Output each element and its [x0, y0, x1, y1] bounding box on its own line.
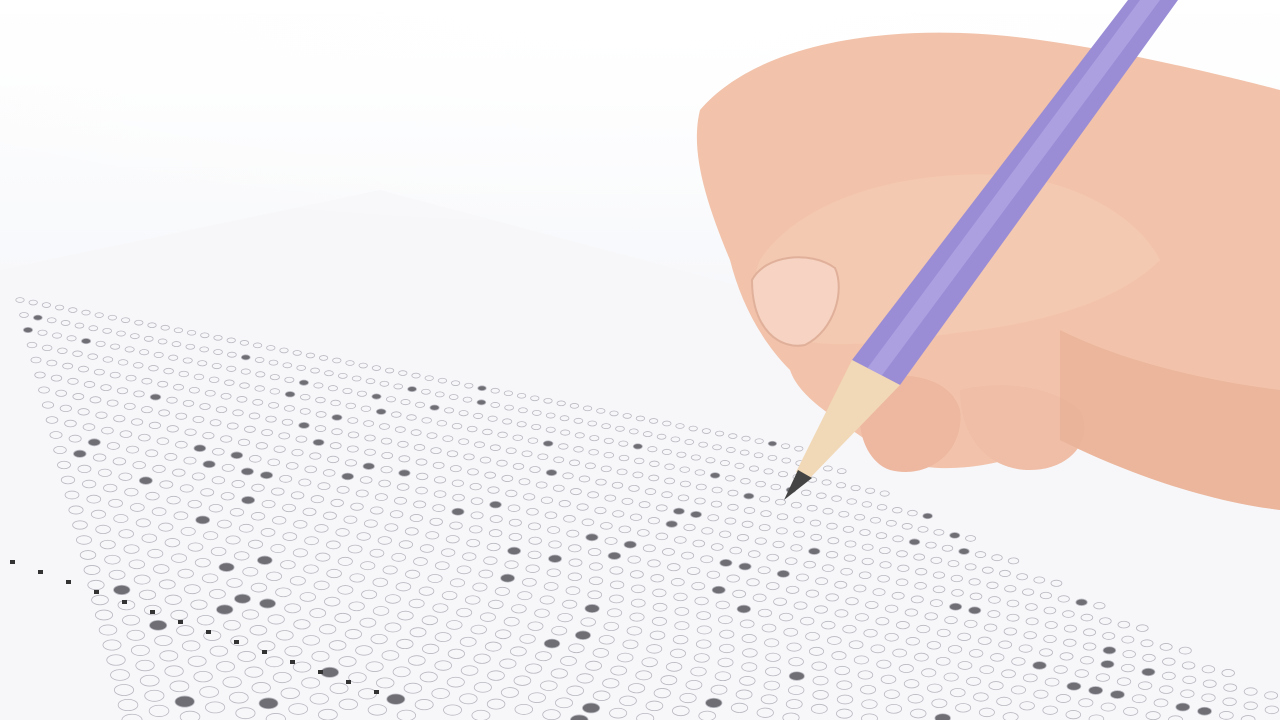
pencil — [0, 0, 1280, 720]
photo-background — [0, 0, 1280, 720]
